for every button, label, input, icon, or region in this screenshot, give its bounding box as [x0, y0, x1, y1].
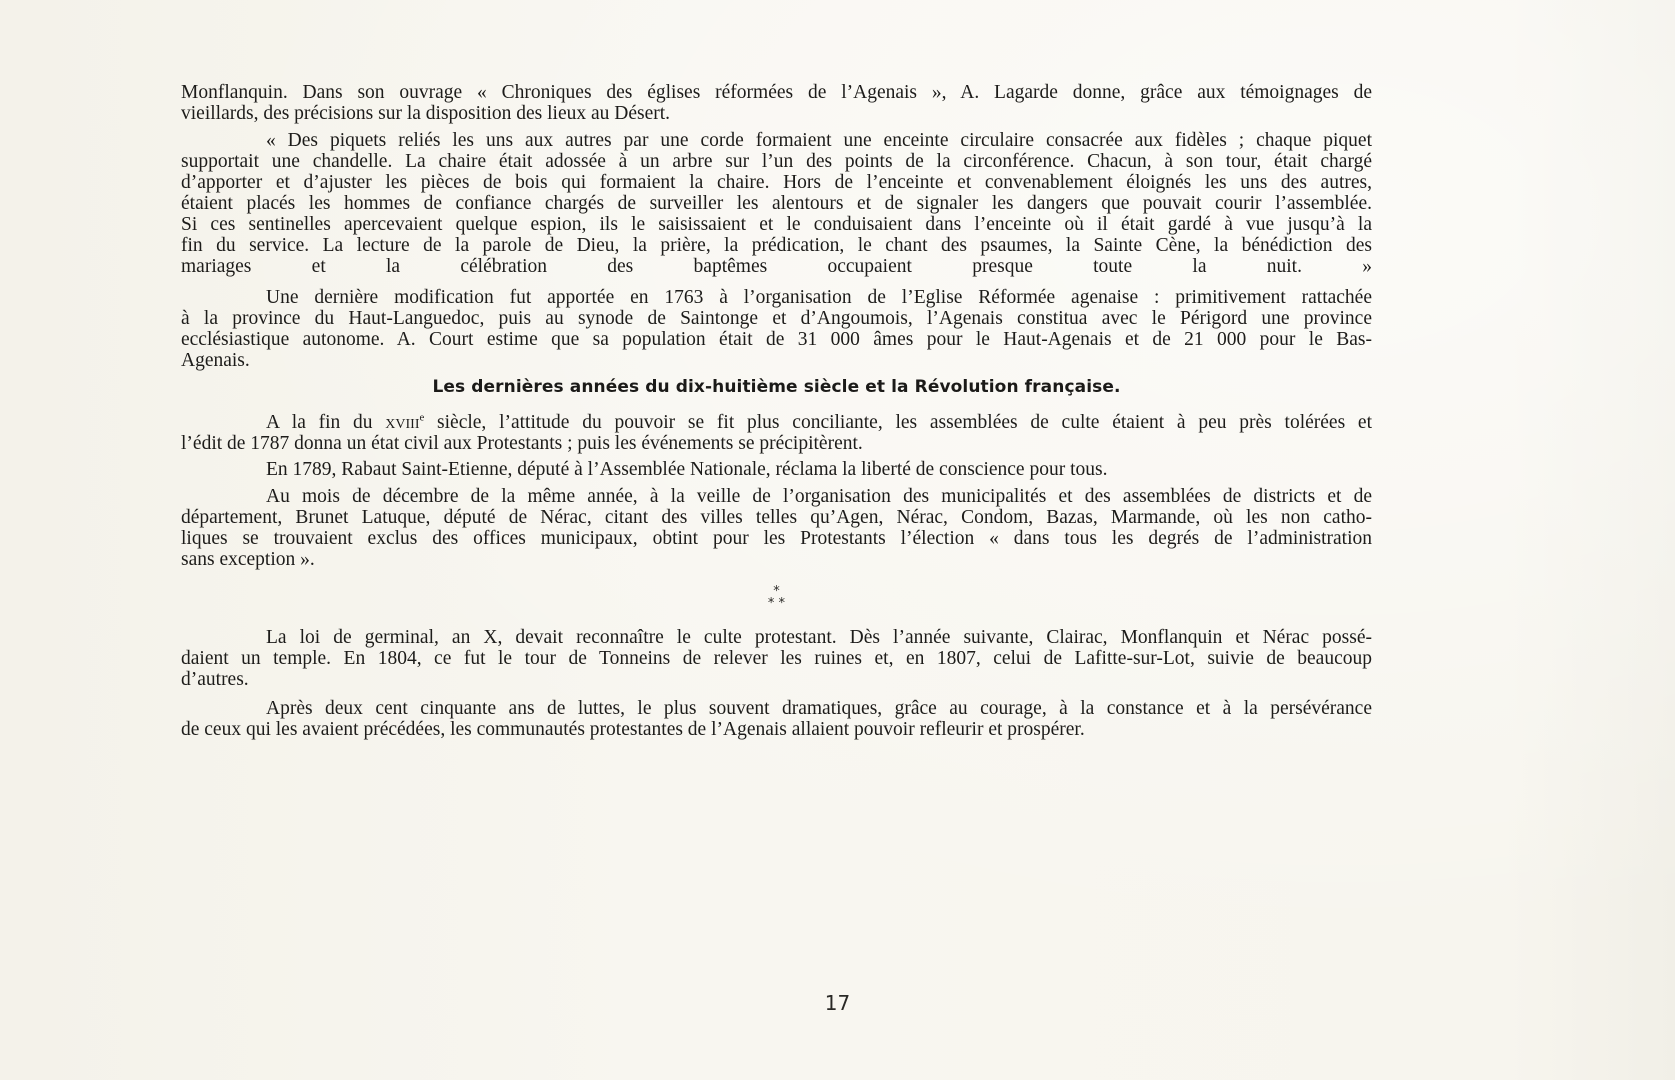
- text-line: vieillards, des précisions sur la dispos…: [181, 103, 1372, 125]
- text-line: étaient placés les hommes de confiance c…: [181, 193, 1372, 215]
- text-fragment: A la fin du: [266, 412, 385, 433]
- text-line: A la fin du xviiie siècle, l’attitude du…: [266, 412, 1372, 434]
- text-line: de ceux qui les avaient précédées, les c…: [181, 719, 1372, 741]
- section-heading: Les dernières années du dix-huitième siè…: [181, 376, 1372, 398]
- text-line: département, Brunet Latuque, député de N…: [181, 507, 1372, 529]
- text-line: En 1789, Rabaut Saint-Etienne, député à …: [266, 459, 1372, 481]
- text-line: liques se trouvaient exclus des offices …: [181, 528, 1372, 550]
- century-numeral: xviii: [385, 412, 419, 433]
- text-line: Au mois de décembre de la même année, à …: [266, 486, 1372, 508]
- page-number: 17: [0, 991, 1675, 1015]
- text-line: daient un temple. En 1804, ce fut le tou…: [181, 648, 1372, 670]
- text-line: « Des piquets reliés les uns aux autres …: [266, 130, 1372, 152]
- text-line: Si ces sentinelles apercevaient quelque …: [181, 214, 1372, 236]
- text-line: d’apporter et d’ajuster les pièces de bo…: [181, 172, 1372, 194]
- text-line: Agenais.: [181, 350, 1372, 372]
- text-line: ecclésiastique autonome. A. Court estime…: [181, 329, 1372, 351]
- text-line: Une dernière modification fut apportée e…: [266, 287, 1372, 309]
- asterism-separator: * * *: [181, 586, 1372, 610]
- text-line: Après deux cent cinquante ans de luttes,…: [266, 698, 1372, 720]
- asterism-bottom: * *: [181, 598, 1372, 610]
- text-line: fin du service. La lecture de la parole …: [181, 235, 1372, 257]
- text-line: d’autres.: [181, 669, 1372, 691]
- text-line: sans exception ».: [181, 549, 1372, 571]
- text-line: supportait une chandelle. La chaire étai…: [181, 151, 1372, 173]
- text-line: Monflanquin. Dans son ouvrage « Chroniqu…: [181, 82, 1372, 104]
- text-fragment: siècle, l’attitude du pouvoir se fit plu…: [424, 412, 1372, 433]
- scanned-page: Monflanquin. Dans son ouvrage « Chroniqu…: [0, 0, 1675, 1080]
- text-line: mariages et la célébration des baptêmes …: [181, 256, 1372, 278]
- text-line: l’édit de 1787 donna un état civil aux P…: [181, 433, 1372, 455]
- text-line: La loi de germinal, an X, devait reconna…: [266, 627, 1372, 649]
- text-line: à la province du Haut-Languedoc, puis au…: [181, 308, 1372, 330]
